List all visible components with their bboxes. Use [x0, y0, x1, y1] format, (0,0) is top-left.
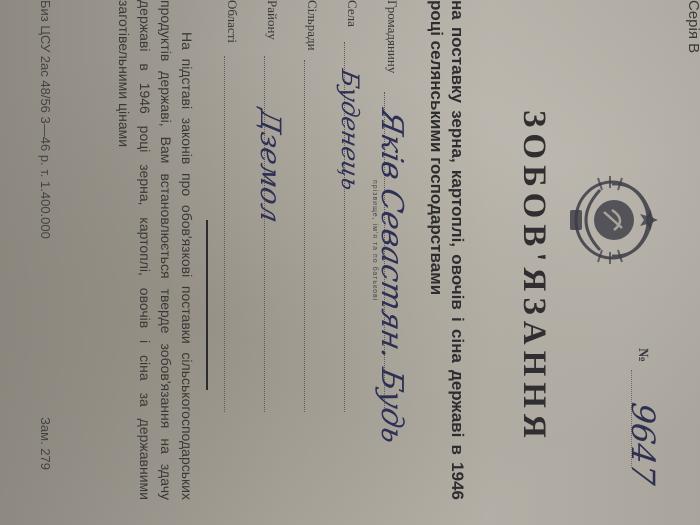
- document-footer: Биз ЦСУ 2ас 48/56 3—46 р. т. 1.400.000 З…: [33, 0, 53, 470]
- field-district: Району Дземол: [260, 0, 284, 420]
- number-sign: №: [634, 348, 650, 362]
- field-handwritten-value: Буденець: [336, 67, 364, 194]
- field-citizen: Громадянину Яків Севастян. Будь прізвище…: [380, 0, 404, 420]
- number-handwritten-value: 9647: [624, 400, 662, 487]
- field-underline: [224, 56, 225, 412]
- field-label: Громадянину: [384, 0, 400, 73]
- separator-line: [206, 220, 208, 390]
- field-handwritten-value: Яків Севастян. Будь: [374, 106, 409, 447]
- field-village: Села Буденець: [340, 0, 364, 420]
- field-caption: прізвище, ім'я та по батькові: [371, 180, 378, 301]
- field-label: Села: [344, 0, 360, 27]
- series-label: Серія В: [685, 0, 700, 53]
- field-handwritten-value: Дземол: [254, 106, 287, 226]
- document-body-text: На підставі законів про обов'язкові пост…: [113, 0, 197, 500]
- field-label: Області: [224, 0, 240, 43]
- field-underline: [304, 60, 305, 412]
- field-label: Району: [264, 0, 280, 40]
- document-number: № 9647: [617, 348, 662, 508]
- coat-of-arms-icon: [567, 170, 662, 270]
- obligation-document: Серія В №: [0, 0, 700, 525]
- field-label: Сільради: [304, 0, 320, 51]
- printing-info: Биз ЦСУ 2ас 48/56 3—46 р. т. 1.400.000: [38, 0, 53, 239]
- document-subtitle: на поставку зерна, картоплі, овочів і сі…: [426, 0, 468, 500]
- field-village-council: Сільради: [300, 0, 324, 420]
- order-number: Зам. 279: [38, 417, 53, 470]
- field-region: Області: [220, 0, 244, 420]
- document-title: ЗОБОВ'ЯЗАННЯ: [515, 110, 552, 410]
